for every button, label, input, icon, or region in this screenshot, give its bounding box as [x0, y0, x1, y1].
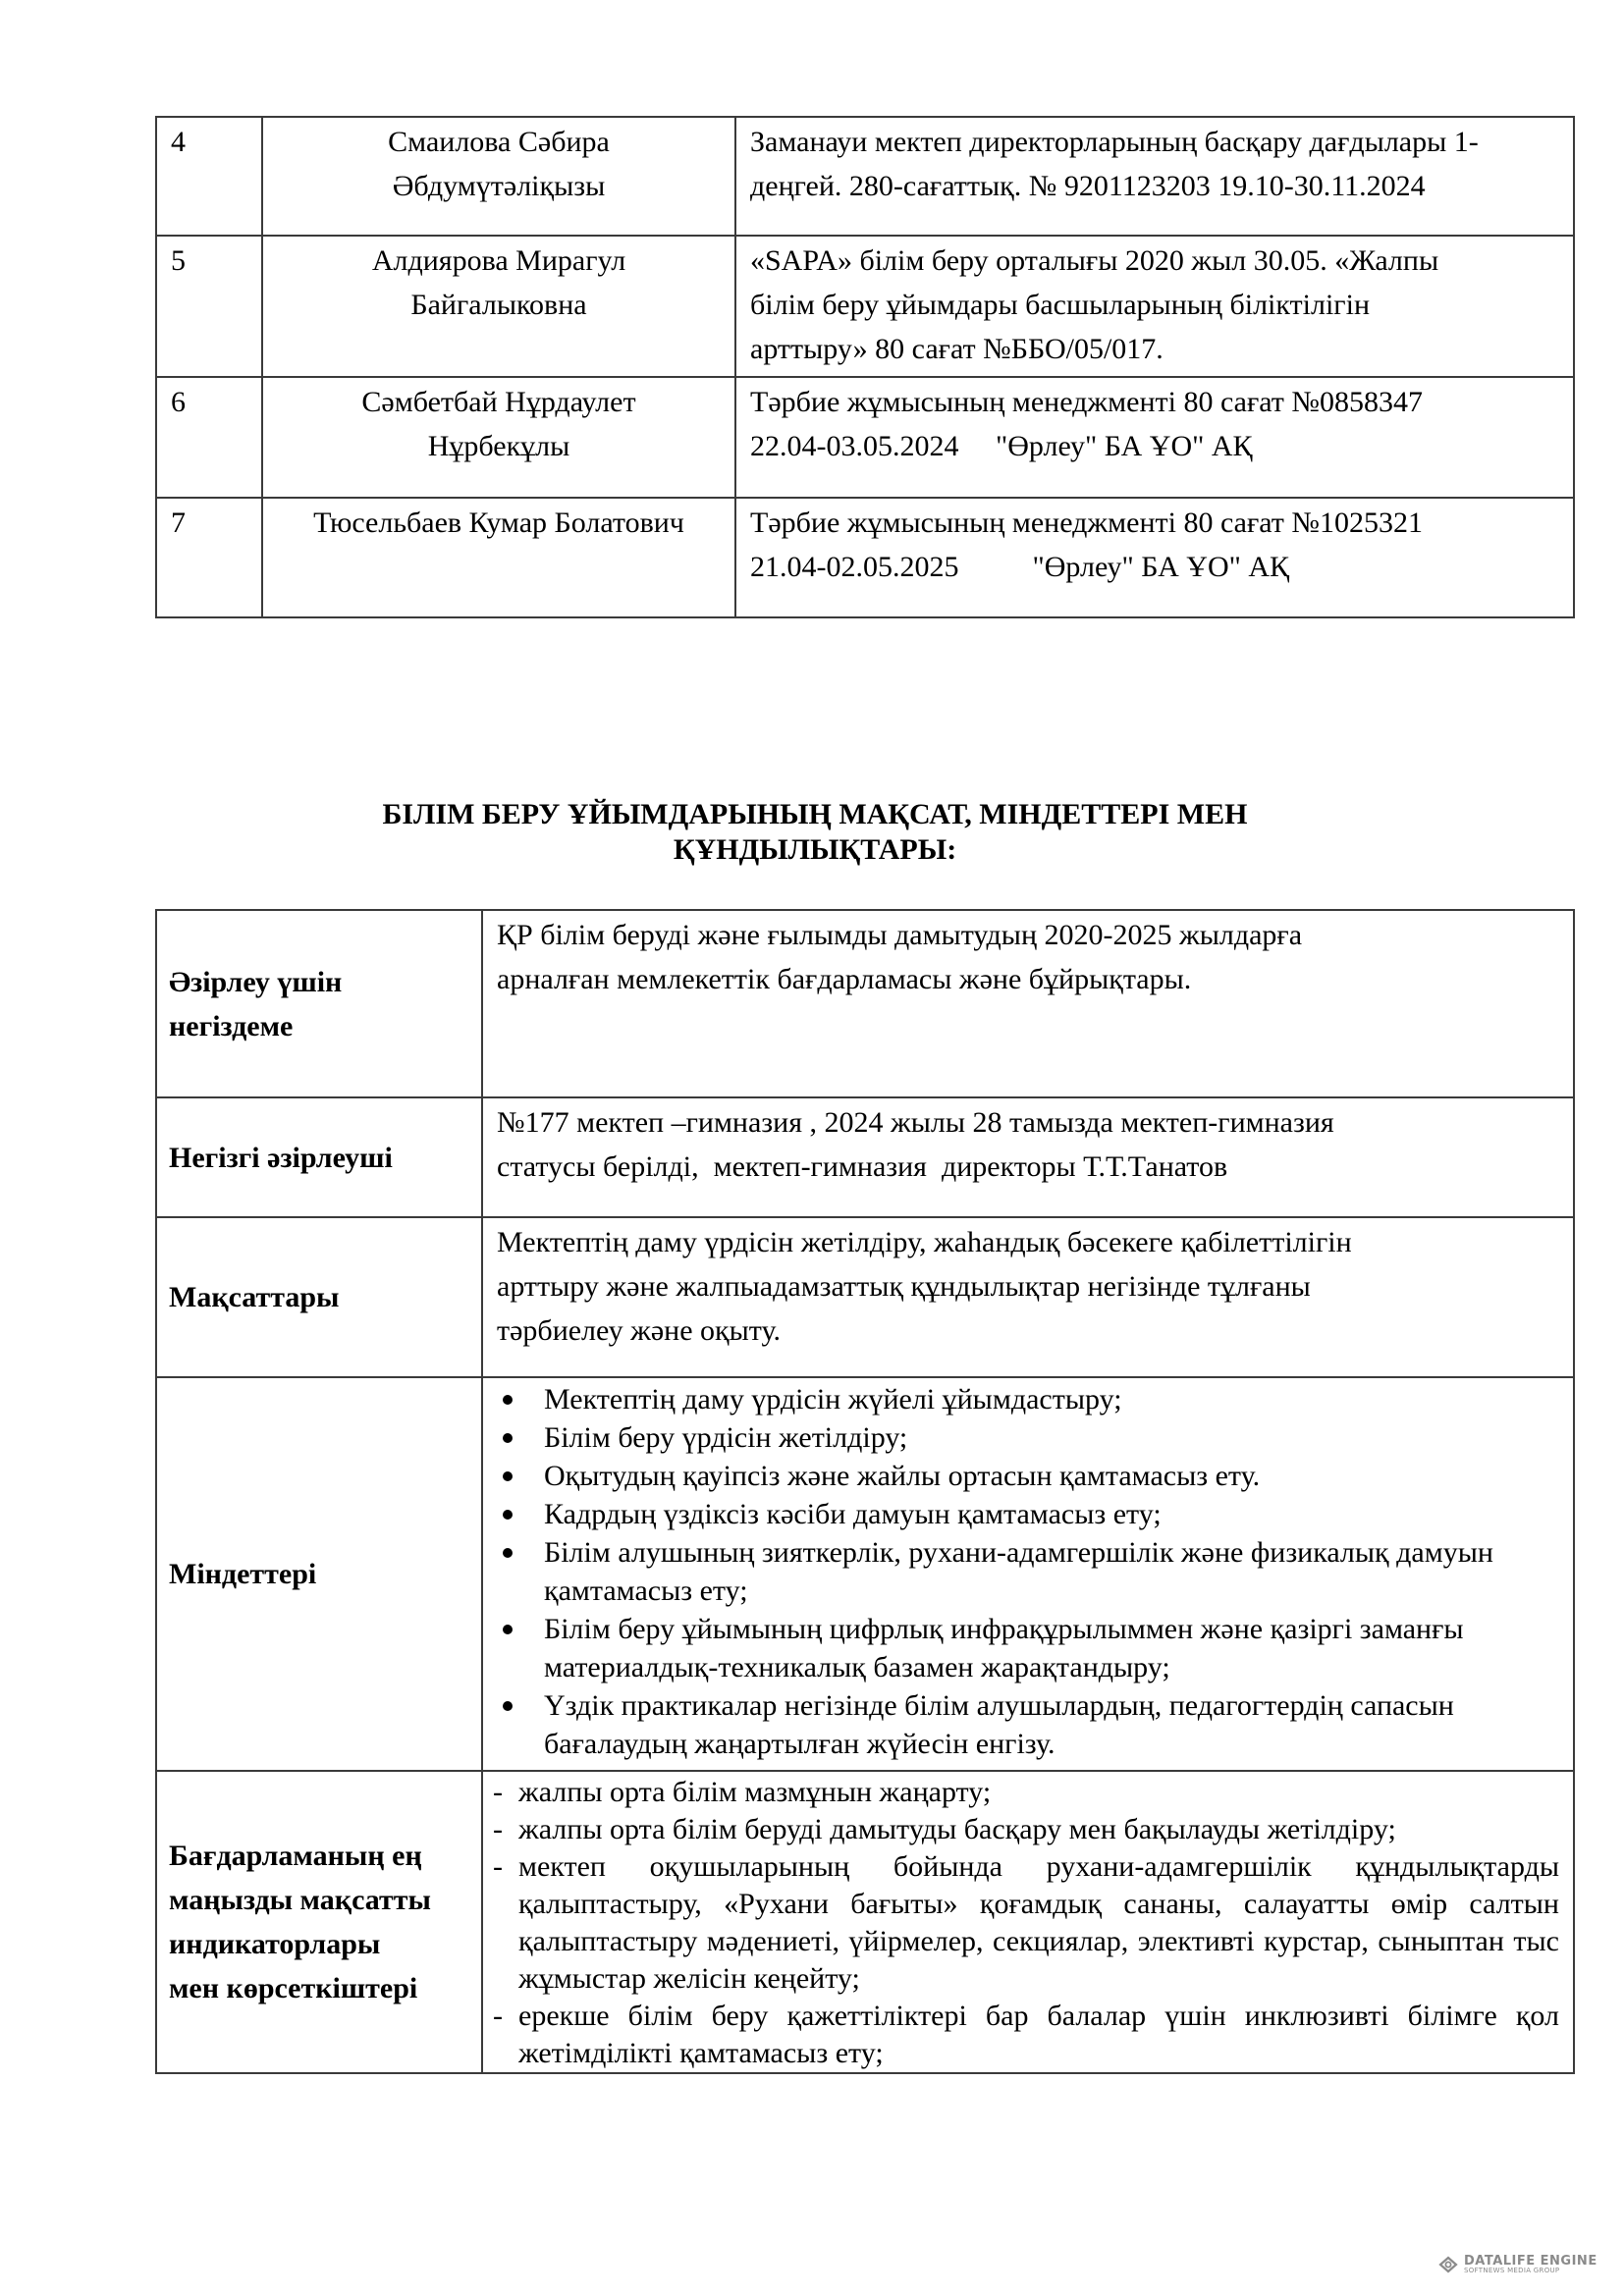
label-line: Мақсаттары — [169, 1275, 481, 1319]
desc-line: білім беру ұйымдары басшыларының білікті… — [750, 283, 1563, 327]
row-number: 7 — [156, 498, 262, 617]
desc-line: «SAPA» білім беру орталығы 2020 жыл 30.0… — [750, 239, 1563, 283]
dash-icon: - — [493, 1848, 503, 1886]
list-item: Мектептің даму үрдісін жүйелі ұйымдастыр… — [497, 1380, 1559, 1418]
section-heading: БІЛІМ БЕРУ ҰЙЫМДАРЫНЫҢ МАҚСАТ, МІНДЕТТЕР… — [295, 797, 1335, 868]
row-label: Бағдарламаның ең маңызды мақсатты индика… — [156, 1771, 482, 2073]
label-line: Әзірлеу үшін — [169, 960, 481, 1004]
desc-line: 22.04-03.05.2024 "Өрлеу" БА ҰО" АҚ — [750, 424, 1563, 468]
bullet-icon — [503, 1701, 513, 1711]
desc-line: Заманауи мектеп директорларының басқару … — [750, 120, 1563, 164]
table-row-indicators: Бағдарламаның ең маңызды мақсатты индика… — [156, 1771, 1574, 2073]
staff-name: Алдиярова Мирагул Байгалыковна — [262, 236, 735, 377]
list-item-text: Кадрдың үздіксіз кәсіби дамуын қамтамасы… — [544, 1498, 1162, 1530]
list-item: -мектеп оқушыларының бойында рухани-адам… — [491, 1848, 1559, 1998]
bullet-icon — [503, 1625, 513, 1634]
dash-icon: - — [493, 1774, 503, 1811]
name-line: Сәмбетбай Нұрдаулет — [263, 380, 734, 424]
list-item: Білім алушының зияткерлік, рухани-адамге… — [497, 1533, 1559, 1610]
staff-name: Смаилова Сәбира Әбдумүтәліқызы — [262, 117, 735, 236]
row-label: Негізгі әзірлеуші — [156, 1097, 482, 1217]
heading-line: БІЛІМ БЕРУ ҰЙЫМДАРЫНЫҢ МАҚСАТ, МІНДЕТТЕР… — [295, 797, 1335, 832]
list-item: Білім беру ұйымының цифрлық инфрақұрылым… — [497, 1610, 1559, 1686]
qualification-description: Тәрбие жұмысының менеджменті 80 сағат №0… — [735, 377, 1574, 498]
bullet-icon — [503, 1548, 513, 1558]
list-item-text: Мектептің даму үрдісін жүйелі ұйымдастыр… — [544, 1383, 1122, 1415]
row-label: Міндеттері — [156, 1377, 482, 1771]
row-label: Мақсаттары — [156, 1217, 482, 1377]
goals-table: Әзірлеу үшін негіздеме ҚР білім беруді ж… — [155, 909, 1575, 2074]
list-item-text: мектеп оқушыларының бойында рухани-адамг… — [518, 1850, 1559, 1995]
list-item: Үздік практикалар негізінде білім алушыл… — [497, 1686, 1559, 1763]
bullet-icon — [503, 1510, 513, 1520]
content-line: арттыру және жалпыадамзаттық құндылықтар… — [497, 1264, 1559, 1308]
table-row: 6 Сәмбетбай Нұрдаулет Нұрбекұлы Тәрбие ж… — [156, 377, 1574, 498]
datalife-logo-icon — [1438, 2256, 1458, 2273]
desc-line: Тәрбие жұмысының менеджменті 80 сағат №0… — [750, 380, 1563, 424]
row-content: -жалпы орта білім мазмұнын жаңарту; -жал… — [482, 1771, 1574, 2073]
content-line: арналған мемлекеттік бағдарламасы және б… — [497, 957, 1559, 1001]
bullet-icon — [503, 1395, 513, 1405]
desc-line: Тәрбие жұмысының менеджменті 80 сағат №1… — [750, 501, 1563, 545]
staff-name: Тюсельбаев Кумар Болатович — [262, 498, 735, 617]
watermark-subtitle: SOFTNEWS MEDIA GROUP — [1464, 2268, 1597, 2274]
name-line: Тюсельбаев Кумар Болатович — [263, 501, 734, 545]
table-row: 4 Смаилова Сәбира Әбдумүтәліқызы Заманау… — [156, 117, 1574, 236]
list-item-text: Білім беру ұйымының цифрлық инфрақұрылым… — [544, 1613, 1464, 1683]
list-item-text: Үздік практикалар негізінде білім алушыл… — [544, 1689, 1454, 1760]
row-number: 5 — [156, 236, 262, 377]
label-line: мен көрсеткіштері — [169, 1966, 481, 2010]
qualification-description: Заманауи мектеп директорларының басқару … — [735, 117, 1574, 236]
list-item-text: жалпы орта білім беруді дамытуды басқару… — [518, 1813, 1396, 1845]
list-item: Білім беру үрдісін жетілдіру; — [497, 1418, 1559, 1457]
row-label: Әзірлеу үшін негіздеме — [156, 910, 482, 1097]
label-line: негіздеме — [169, 1004, 481, 1048]
name-line: Әбдумүтәліқызы — [263, 164, 734, 208]
bullet-icon — [503, 1471, 513, 1481]
content-line: №177 мектеп –гимназия , 2024 жылы 28 там… — [497, 1100, 1559, 1145]
label-line: Негізгі әзірлеуші — [169, 1136, 481, 1180]
row-content: №177 мектеп –гимназия , 2024 жылы 28 там… — [482, 1097, 1574, 1217]
datalife-engine-watermark: DATALIFE ENGINE SOFTNEWS MEDIA GROUP — [1438, 2255, 1597, 2274]
row-content: Мектептің даму үрдісін жүйелі ұйымдастыр… — [482, 1377, 1574, 1771]
table-row-tasks: Міндеттері Мектептің даму үрдісін жүйелі… — [156, 1377, 1574, 1771]
list-item: -жалпы орта білім мазмұнын жаңарту; — [491, 1774, 1559, 1811]
staff-name: Сәмбетбай Нұрдаулет Нұрбекұлы — [262, 377, 735, 498]
dash-icon: - — [493, 1998, 503, 2035]
row-number: 6 — [156, 377, 262, 498]
label-line: Міндеттері — [169, 1552, 481, 1596]
table-row: 7 Тюсельбаев Кумар Болатович Тәрбие жұмы… — [156, 498, 1574, 617]
name-line: Нұрбекұлы — [263, 424, 734, 468]
staff-qualifications-table: 4 Смаилова Сәбира Әбдумүтәліқызы Заманау… — [155, 116, 1575, 618]
desc-line: 21.04-02.05.2025 "Өрлеу" БА ҰО" АҚ — [750, 545, 1563, 589]
label-line: Бағдарламаның ең — [169, 1834, 481, 1878]
content-line: тәрбиелеу және оқыту. — [497, 1308, 1559, 1353]
content-line: ҚР білім беруді және ғылымды дамытудың 2… — [497, 913, 1559, 957]
table-row-developer: Негізгі әзірлеуші №177 мектеп –гимназия … — [156, 1097, 1574, 1217]
heading-line: ҚҰНДЫЛЫҚТАРЫ: — [295, 832, 1335, 868]
desc-line: деңгей. 280-сағаттық. № 9201123203 19.10… — [750, 164, 1563, 208]
qualification-description: «SAPA» білім беру орталығы 2020 жыл 30.0… — [735, 236, 1574, 377]
list-item-text: жалпы орта білім мазмұнын жаңарту; — [518, 1776, 991, 1808]
name-line: Алдиярова Мирагул — [263, 239, 734, 283]
row-number: 4 — [156, 117, 262, 236]
desc-line: арттыру» 80 сағат №ББО/05/017. — [750, 327, 1563, 371]
dash-icon: - — [493, 1811, 503, 1848]
qualification-description: Тәрбие жұмысының менеджменті 80 сағат №1… — [735, 498, 1574, 617]
indicators-list: -жалпы орта білім мазмұнын жаңарту; -жал… — [491, 1774, 1559, 2072]
list-item-text: Білім беру үрдісін жетілдіру; — [544, 1421, 907, 1454]
list-item-text: Оқытудың қауіпсіз және жайлы ортасын қам… — [544, 1460, 1260, 1492]
content-line: Мектептің даму үрдісін жетілдіру, жаһанд… — [497, 1220, 1559, 1264]
row-content: ҚР білім беруді және ғылымды дамытудың 2… — [482, 910, 1574, 1097]
row-content: Мектептің даму үрдісін жетілдіру, жаһанд… — [482, 1217, 1574, 1377]
list-item: Оқытудың қауіпсіз және жайлы ортасын қам… — [497, 1457, 1559, 1495]
bullet-icon — [503, 1433, 513, 1443]
list-item-text: ерекше білім беру қажеттіліктері бар бал… — [518, 2000, 1559, 2069]
name-line: Смаилова Сәбира — [263, 120, 734, 164]
label-line: индикаторлары — [169, 1922, 481, 1966]
table-row: 5 Алдиярова Мирагул Байгалыковна «SAPA» … — [156, 236, 1574, 377]
name-line: Байгалыковна — [263, 283, 734, 327]
list-item-text: Білім алушының зияткерлік, рухани-адамге… — [544, 1536, 1493, 1607]
label-line: маңызды мақсатты — [169, 1878, 481, 1922]
list-item: -ерекше білім беру қажеттіліктері бар ба… — [491, 1998, 1559, 2072]
list-item: -жалпы орта білім беруді дамытуды басқар… — [491, 1811, 1559, 1848]
content-line: статусы берілді, мектеп-гимназия директо… — [497, 1145, 1559, 1189]
table-row-basis: Әзірлеу үшін негіздеме ҚР білім беруді ж… — [156, 910, 1574, 1097]
tasks-list: Мектептің даму үрдісін жүйелі ұйымдастыр… — [497, 1380, 1559, 1763]
list-item: Кадрдың үздіксіз кәсіби дамуын қамтамасы… — [497, 1495, 1559, 1533]
watermark-text: DATALIFE ENGINE SOFTNEWS MEDIA GROUP — [1464, 2255, 1597, 2274]
table-row-goals: Мақсаттары Мектептің даму үрдісін жетілд… — [156, 1217, 1574, 1377]
